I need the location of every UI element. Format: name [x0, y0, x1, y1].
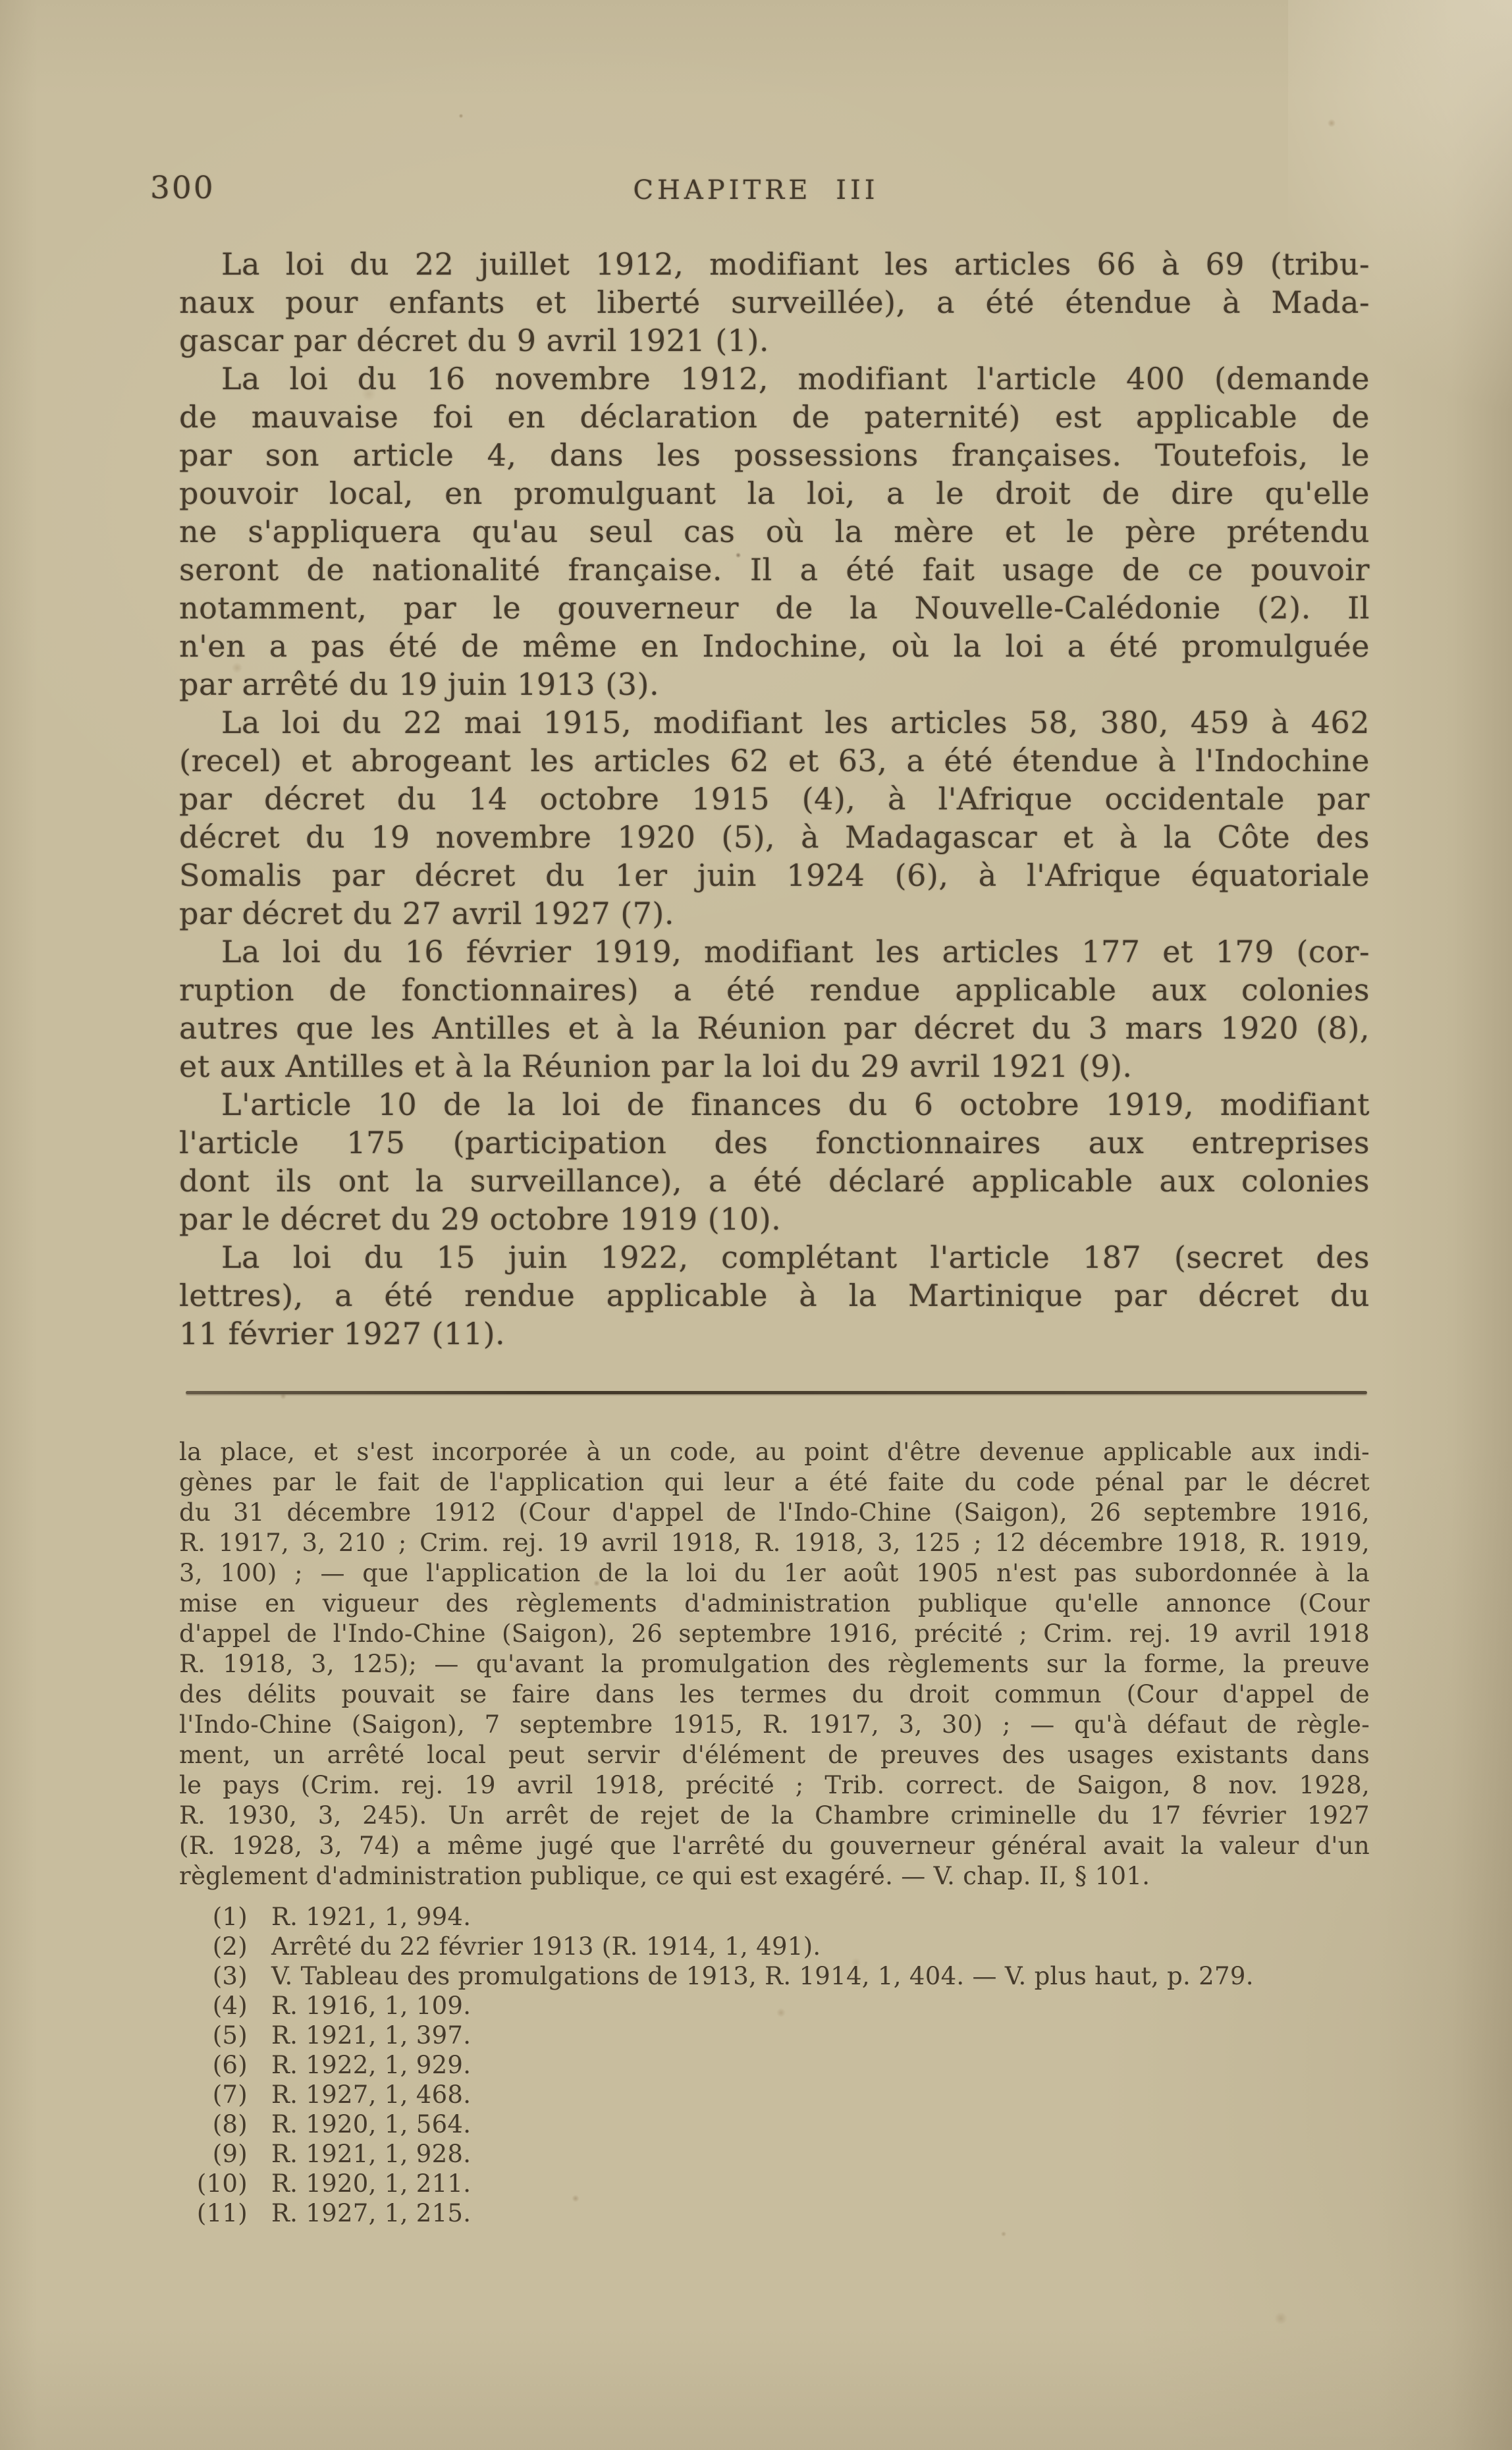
- text-line: l'article 175 (participation des fonctio…: [179, 1124, 1370, 1162]
- text-line: 11 février 1927 (11).: [179, 1315, 1370, 1353]
- footnote-line: ment, un arrêté local peut servir d'élém…: [179, 1740, 1370, 1770]
- text-line: notamment, par le gouverneur de la Nouve…: [179, 589, 1370, 627]
- footnote-item-number: (9): [179, 2139, 248, 2169]
- text-line: décret du 19 novembre 1920 (5), à Madaga…: [179, 818, 1370, 856]
- footnote-item-number: (6): [179, 2050, 248, 2080]
- footnote-reference-list: (1)R. 1921, 1, 994. (2)Arrêté du 22 févr…: [179, 1902, 1370, 2228]
- text-line: par décret du 27 avril 1927 (7).: [179, 894, 1370, 933]
- footnote-item: (8)R. 1920, 1, 564.: [179, 2110, 1370, 2139]
- footnote-item-text: R. 1921, 1, 994.: [271, 1903, 471, 1931]
- text-line: Somalis par décret du 1er juin 1924 (6),…: [179, 856, 1370, 894]
- footnote-line: la place, et s'est incorporée à un code,…: [179, 1437, 1370, 1467]
- footnote-continuation-paragraph: la place, et s'est incorporée à un code,…: [179, 1437, 1370, 1892]
- text-line: par arrêté du 19 juin 1913 (3).: [179, 665, 1370, 703]
- footnote-item-number: (8): [179, 2110, 248, 2139]
- footnote-item: (5)R. 1921, 1, 397.: [179, 2021, 1370, 2050]
- footnote-line: mise en vigueur des règlements d'adminis…: [179, 1589, 1370, 1619]
- text-line: La loi du 15 juin 1922, complétant l'art…: [179, 1238, 1370, 1276]
- footnotes-block: la place, et s'est incorporée à un code,…: [179, 1437, 1370, 2228]
- footnote-item: (10)R. 1920, 1, 211.: [179, 2169, 1370, 2198]
- footnote-item-number: (3): [179, 1961, 248, 1991]
- footnote-line: 3, 100) ; — que l'application de la loi …: [179, 1558, 1370, 1589]
- footnote-separator-rule: [186, 1391, 1367, 1394]
- footnote-item: (2)Arrêté du 22 février 1913 (R. 1914, 1…: [179, 1932, 1370, 1961]
- footnote-line: R. 1930, 3, 245). Un arrêt de rejet de l…: [179, 1801, 1370, 1831]
- footnote-item-text: Arrêté du 22 février 1913 (R. 1914, 1, 4…: [271, 1932, 821, 1961]
- footnote-item: (11)R. 1927, 1, 215.: [179, 2198, 1370, 2228]
- footnote-item: (7)R. 1927, 1, 468.: [179, 2080, 1370, 2110]
- chapter-running-header: CHAPITRE III: [0, 175, 1512, 205]
- footnote-item-number: (1): [179, 1902, 248, 1932]
- footnote-item-text: R. 1920, 1, 564.: [271, 2110, 471, 2138]
- footnote-item: (9)R. 1921, 1, 928.: [179, 2139, 1370, 2169]
- text-line: lettres), a été rendue applicable à la M…: [179, 1276, 1370, 1315]
- footnote-item-number: (10): [179, 2169, 248, 2198]
- footnote-item-number: (11): [179, 2198, 248, 2228]
- text-line: n'en a pas été de même en Indochine, où …: [179, 627, 1370, 665]
- text-line: pouvoir local, en promulguant la loi, a …: [179, 474, 1370, 512]
- footnote-line: l'Indo-Chine (Saigon), 7 septembre 1915,…: [179, 1710, 1370, 1740]
- text-line: par décret du 14 octobre 1915 (4), à l'A…: [179, 780, 1370, 818]
- text-line: autres que les Antilles et à la Réunion …: [179, 1009, 1370, 1047]
- footnote-line: gènes par le fait de l'application qui l…: [179, 1467, 1370, 1498]
- text-line: de mauvaise foi en déclaration de patern…: [179, 398, 1370, 436]
- text-line: ruption de fonctionnaires) a été rendue …: [179, 971, 1370, 1009]
- footnote-line: du 31 décembre 1912 (Cour d'appel de l'I…: [179, 1498, 1370, 1528]
- footnote-item-text: R. 1927, 1, 468.: [271, 2081, 471, 2109]
- text-line: naux pour enfants et liberté surveillée)…: [179, 283, 1370, 321]
- text-line: et aux Antilles et à la Réunion par la l…: [179, 1047, 1370, 1085]
- footnote-item: (4)R. 1916, 1, 109.: [179, 1991, 1370, 2021]
- text-line: gascar par décret du 9 avril 1921 (1).: [179, 321, 1370, 360]
- text-line: seront de nationalité française. Il a ét…: [179, 551, 1370, 589]
- text-line: par son article 4, dans les possessions …: [179, 436, 1370, 474]
- footnote-item-number: (4): [179, 1991, 248, 2021]
- footnote-line: R. 1917, 3, 210 ; Crim. rej. 19 avril 19…: [179, 1528, 1370, 1558]
- text-line: La loi du 22 juillet 1912, modifiant les…: [179, 245, 1370, 283]
- footnote-item-text: R. 1922, 1, 929.: [271, 2051, 471, 2079]
- footnote-line: règlement d'administration publique, ce …: [179, 1861, 1370, 1892]
- footnote-item: (1)R. 1921, 1, 994.: [179, 1902, 1370, 1932]
- footnote-item-text: R. 1921, 1, 928.: [271, 2140, 471, 2168]
- text-line: La loi du 16 février 1919, modifiant les…: [179, 933, 1370, 971]
- text-line: La loi du 22 mai 1915, modifiant les art…: [179, 703, 1370, 742]
- text-line: (recel) et abrogeant les articles 62 et …: [179, 742, 1370, 780]
- footnote-line: des délits pouvait se faire dans les ter…: [179, 1679, 1370, 1710]
- footnote-item: (3)V. Tableau des promulgations de 1913,…: [179, 1961, 1370, 1991]
- text-line: dont ils ont la surveillance), a été déc…: [179, 1162, 1370, 1200]
- text-line: ne s'appliquera qu'au seul cas où la mèr…: [179, 512, 1370, 551]
- main-text-block: La loi du 22 juillet 1912, modifiant les…: [179, 245, 1370, 1353]
- text-line: par le décret du 29 octobre 1919 (10).: [179, 1200, 1370, 1238]
- footnote-item-number: (5): [179, 2021, 248, 2050]
- footnote-item-number: (7): [179, 2080, 248, 2110]
- footnote-item-text: R. 1920, 1, 211.: [271, 2169, 471, 2198]
- footnote-line: (R. 1928, 3, 74) a même jugé que l'arrêt…: [179, 1831, 1370, 1861]
- text-line: La loi du 16 novembre 1912, modifiant l'…: [179, 360, 1370, 398]
- footnote-line: R. 1918, 3, 125); — qu'avant la promulga…: [179, 1649, 1370, 1679]
- footnote-line: le pays (Crim. rej. 19 avril 1918, préci…: [179, 1770, 1370, 1801]
- footnote-item-number: (2): [179, 1932, 248, 1961]
- footnote-item-text: V. Tableau des promulgations de 1913, R.…: [271, 1962, 1254, 1990]
- footnote-item: (6)R. 1922, 1, 929.: [179, 2050, 1370, 2080]
- text-line: L'article 10 de la loi de finances du 6 …: [179, 1085, 1370, 1124]
- footnote-item-text: R. 1921, 1, 397.: [271, 2021, 471, 2050]
- footnote-item-text: R. 1927, 1, 215.: [271, 2199, 471, 2227]
- footnote-line: d'appel de l'Indo-Chine (Saigon), 26 sep…: [179, 1619, 1370, 1649]
- footnote-item-text: R. 1916, 1, 109.: [271, 1992, 471, 2020]
- book-page: 300 CHAPITRE III La loi du 22 juillet 19…: [0, 0, 1512, 2450]
